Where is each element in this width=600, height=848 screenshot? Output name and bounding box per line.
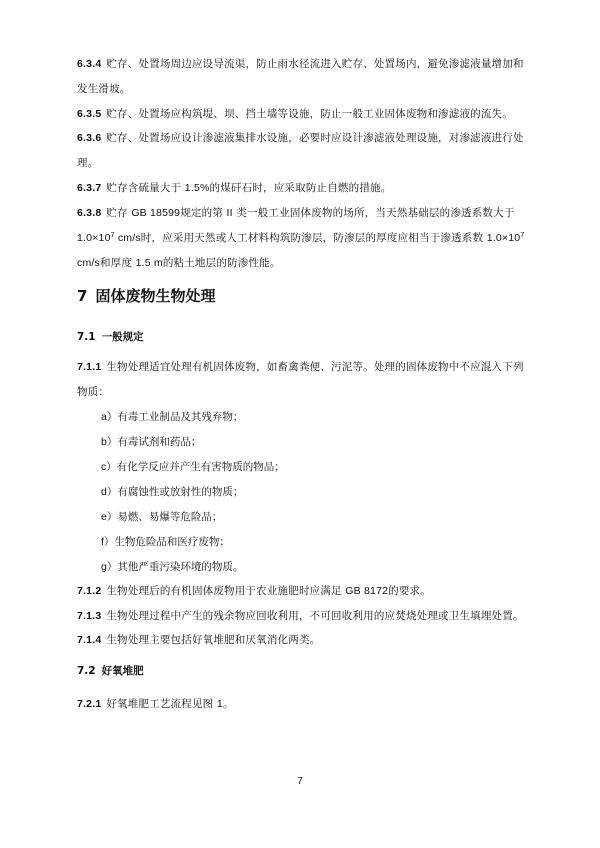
list-item: e）易燃、易爆等危险品；: [101, 510, 222, 524]
clause-6-3-7: 6.3.7贮存含硫量大于 1.5%的煤矸石时，应采取防止自燃的措施。: [77, 181, 391, 195]
document-page: 6.3.4贮存、处置场周边应设导流渠，防止雨水径流进入贮存、处置场内，避免渗滤液…: [0, 0, 600, 848]
list-item: a）有毒工业制品及其残弃物；: [101, 410, 243, 424]
clause-number: 7.1.3: [77, 610, 101, 622]
clause-7-1-2: 7.1.2生物处理后的有机固体废物用于农业施肥时应满足 GB 8172的要求。: [77, 584, 431, 598]
page-number: 7: [0, 776, 600, 787]
clause-number: 7.1.1: [77, 361, 101, 373]
clause-7-1-1-line1: 7.1.1生物处理适宜处理有机固体废物，如畜禽粪便、污泥等。处理的固体废物中不应…: [77, 360, 524, 374]
clause-7-1-4: 7.1.4生物处理主要包括好氧堆肥和厌氧消化两类。: [77, 633, 320, 647]
clause-7-2-1: 7.2.1好氧堆肥工艺流程见图 1。: [77, 697, 234, 711]
clause-number: 7.1.4: [77, 634, 101, 646]
list-item: g）其他严重污染环境的物质。: [101, 560, 243, 574]
section-7-heading: 7固体废物生物处理: [77, 287, 215, 305]
clause-number: 7.1.2: [77, 585, 101, 597]
section-7-1-heading: 7.1一般规定: [77, 330, 144, 344]
clause-number: 6.3.7: [77, 182, 101, 194]
list-item: f）生物危险品和医疗废物；: [101, 535, 230, 549]
clause-7-1-3: 7.1.3生物处理过程中产生的残余物应回收利用，不可回收利用的应焚烧处理或卫生填…: [77, 609, 524, 623]
clause-6-3-8-line1: 6.3.8贮存 GB 18599规定的第 II 类一般工业固体废物的场所，当天然…: [77, 206, 515, 220]
clause-6-3-5: 6.3.5贮存、处置场应构筑堤、坝、挡土墙等设施，防止一般工业固体废物和渗滤液的…: [77, 107, 513, 121]
clause-number: 6.3.4: [77, 58, 101, 70]
clause-6-3-4-line1: 6.3.4贮存、处置场周边应设导流渠，防止雨水径流进入贮存、处置场内，避免渗滤液…: [77, 57, 524, 71]
clause-7-1-1-line2: 物质：: [77, 385, 109, 399]
clause-number: 6.3.5: [77, 108, 101, 120]
section-7-2-heading: 7.2好氧堆肥: [77, 664, 144, 678]
list-item: b）有毒试剂和药品；: [101, 435, 201, 449]
clause-6-3-8-line3: cm/s和厚度 1.5 m的粘土地层的防渗性能。: [77, 256, 281, 270]
clause-6-3-6-line1: 6.3.6贮存、处置场应设计渗滤液集排水设施，必要时应设计渗滤液处理设施，对渗滤…: [77, 131, 524, 145]
clause-6-3-8-line2: 1.0×107 cm/s时，应采用天然或人工材料构筑防渗层，防渗层的厚度应相当于…: [77, 231, 524, 245]
clause-number: 7.2.1: [77, 698, 101, 710]
clause-number: 6.3.8: [77, 207, 101, 219]
clause-number: 6.3.6: [77, 132, 101, 144]
clause-6-3-4-line2: 发生滑坡。: [77, 82, 131, 96]
list-item: c）有化学反应并产生有害物质的物品；: [101, 460, 285, 474]
list-item: d）有腐蚀性或放射性的物质；: [101, 485, 243, 499]
clause-6-3-6-line2: 理。: [77, 156, 98, 170]
